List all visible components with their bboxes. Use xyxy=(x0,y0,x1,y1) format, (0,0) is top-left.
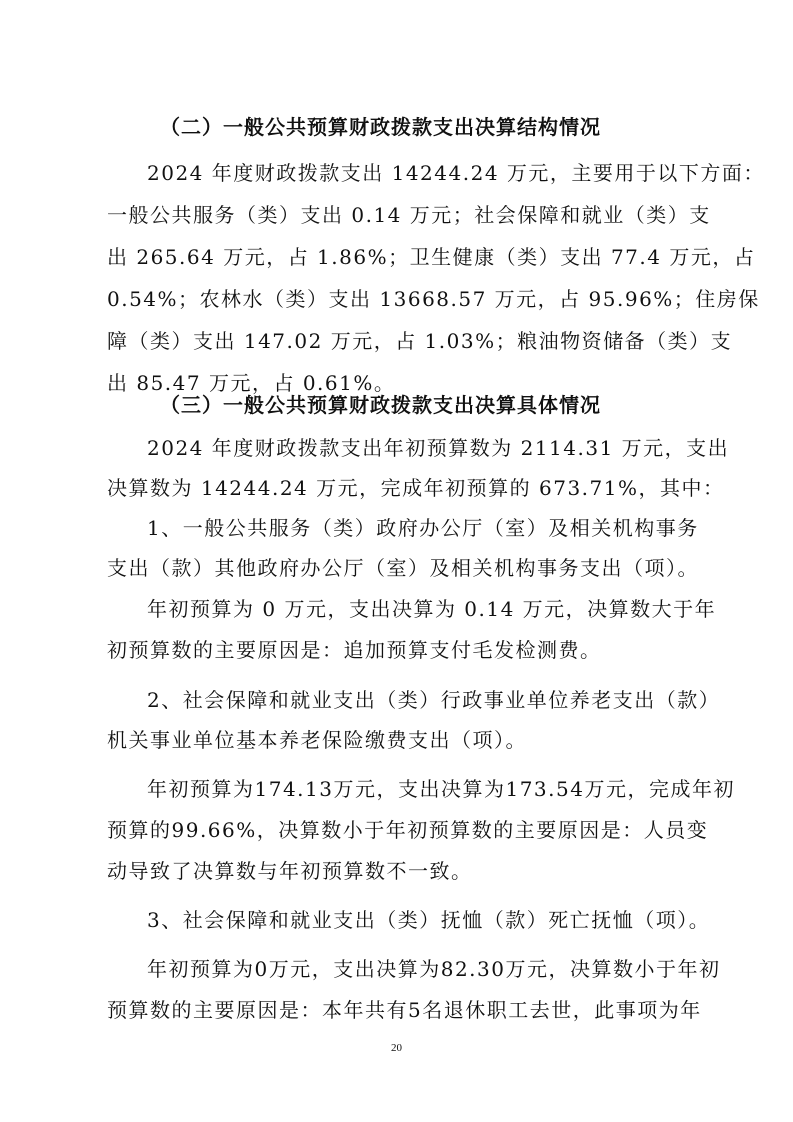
item-body-line: 预算数的主要原因是：本年共有5名退休职工去世，此事项为年 xyxy=(107,996,693,1024)
item-title-line: 1、一般公共服务（类）政府办公厅（室）及相关机构事务 xyxy=(147,514,693,542)
item-title-line: 3、社会保障和就业支出（类）抚恤（款）死亡抚恤（项）。 xyxy=(147,906,693,934)
item-title-line: 机关事业单位基本养老保险缴费支出（项）。 xyxy=(107,726,693,754)
paragraph-line: 一般公共服务（类）支出 0.14 万元；社会保障和就业（类）支 xyxy=(107,201,693,229)
document-page: （二）一般公共预算财政拨款支出决算结构情况 2024 年度财政拨款支出 1424… xyxy=(0,0,793,1122)
paragraph-line: 决算数为 14244.24 万元，完成年初预算的 673.71%，其中： xyxy=(107,474,693,502)
paragraph-line: 出 265.64 万元，占 1.86%；卫生健康（类）支出 77.4 万元，占 xyxy=(107,243,693,271)
section-heading-2: （二）一般公共预算财政拨款支出决算结构情况 xyxy=(160,113,693,141)
paragraph-line: 2024 年度财政拨款支出年初预算数为 2114.31 万元，支出 xyxy=(147,434,693,462)
paragraph-line: 0.54%；农林水（类）支出 13668.57 万元，占 95.96%；住房保 xyxy=(107,285,693,313)
item-body-line: 年初预算为174.13万元，支出决算为173.54万元，完成年初 xyxy=(147,775,693,803)
item-title-line: 支出（款）其他政府办公厅（室）及相关机构事务支出（项）。 xyxy=(107,554,693,582)
page-number: 20 xyxy=(0,1042,793,1054)
item-body-line: 动导致了决算数与年初预算数不一致。 xyxy=(107,857,693,885)
item-body-line: 年初预算为 0 万元，支出决算为 0.14 万元，决算数大于年 xyxy=(147,595,693,623)
item-body-line: 预算的99.66%，决算数小于年初预算数的主要原因是：人员变 xyxy=(107,816,693,844)
section-heading-3: （三）一般公共预算财政拨款支出决算具体情况 xyxy=(160,391,693,419)
item-body-line: 年初预算为0万元，支出决算为82.30万元，决算数小于年初 xyxy=(147,955,693,983)
paragraph-line: 2024 年度财政拨款支出 14244.24 万元，主要用于以下方面： xyxy=(147,159,693,187)
item-body-line: 初预算数的主要原因是：追加预算支付毛发检测费。 xyxy=(107,636,693,664)
paragraph-line: 障（类）支出 147.02 万元，占 1.03%；粮油物资储备（类）支 xyxy=(107,327,693,355)
item-title-line: 2、社会保障和就业支出（类）行政事业单位养老支出（款） xyxy=(147,686,693,714)
